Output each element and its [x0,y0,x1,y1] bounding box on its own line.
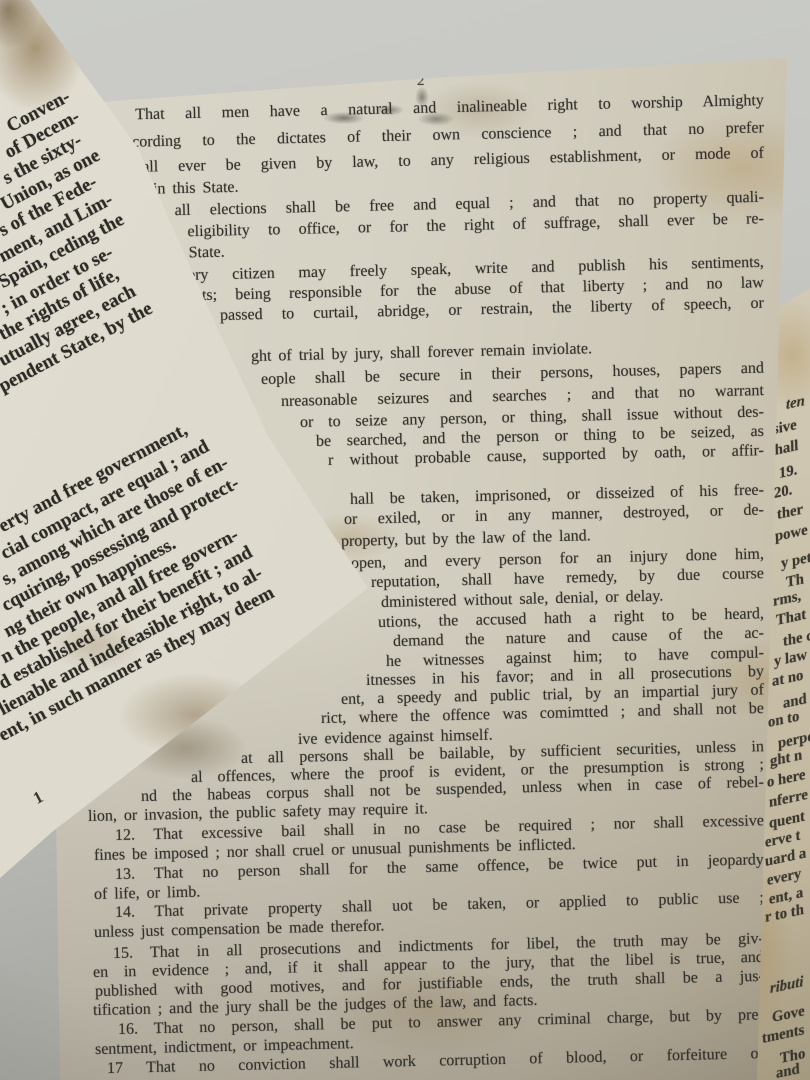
text-fragment: at no [772,668,804,690]
text-fragment: and [776,1062,800,1080]
ink-smudge [312,86,492,134]
text-line: 14. That private property shall uot be t… [115,890,764,921]
text-fragment: sive [773,418,797,438]
text-fragment: y pet [781,550,810,572]
text-line: shall ever be given by law, to any relig… [128,146,764,176]
text-fragment: 20. [774,483,793,502]
text-line: property, but by the law of the land. [341,528,591,550]
text-fragment: rms, [773,589,802,610]
text-fragment: ght n [770,748,803,770]
text-fragment: on to [768,709,800,731]
text-fragment: ten [786,394,805,413]
text-fragment: tments [762,1023,805,1047]
text-fragment: 19. [779,463,798,482]
text-line: of life, or limb. [94,885,201,903]
text-fragment: That [776,607,807,629]
text-fragment: ther [777,502,804,523]
page-number: 1 [30,787,47,809]
text-line: ght of trial by jury, shall forever rema… [251,341,592,365]
text-line: unless just compensation be made therefo… [94,918,385,941]
text-fragment: powe [775,523,808,545]
text-fragment: ributi [770,975,804,997]
